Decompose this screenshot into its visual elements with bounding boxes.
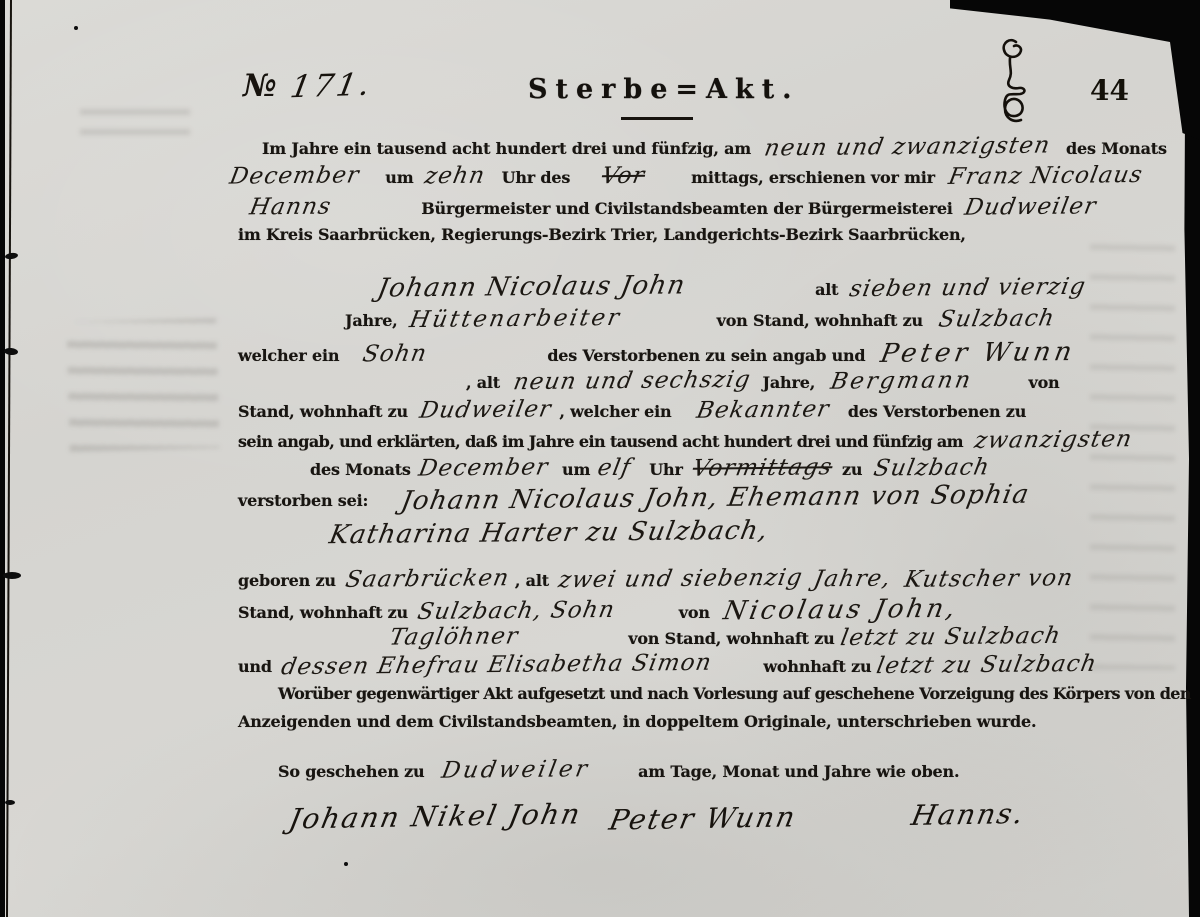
handwritten-official-lastname: Hanns [248,194,334,221]
printed-uhr-des: Uhr des [502,168,571,187]
handwritten-month: December [227,162,361,189]
form-line: Hanns Bürgermeister und Civilstandsbeamt… [250,194,1096,220]
printed-des-monats: des Monats [1066,139,1167,158]
handwritten-declarant1-relation: Sohn [361,341,430,368]
form-line: December um zehn Uhr des Vor mittags, er… [230,163,1143,189]
handwritten-death-hour: elf [596,455,634,481]
printed-stand-wohnhaft: Stand, wohnhaft zu [238,402,408,421]
handwritten-father-occupation: Taglöhner [387,623,520,650]
printed-von-stand2: von Stand, wohnhaft zu [628,629,834,648]
bleedthrough-smudge-left-upper [80,95,190,135]
handwritten-declarant2-occupation: Bergmann [829,367,975,394]
form-line: Katharina Harter zu Sulzbach, [330,518,768,548]
form-line: Worüber gegenwärtiger Akt aufgesetzt und… [278,684,1191,703]
handwritten-deceased-residence: Sulzbach, Sohn [415,597,617,625]
printed-wohnhaft-zu: wohnhaft zu [763,657,871,676]
handwritten-death-place: Sulzbach [872,454,993,481]
form-line: So geschehen zu Dudweiler am Tage, Monat… [278,757,959,783]
form-line: , alt neun und sechszig Jahre, Bergmann … [466,368,1059,394]
printed-von: von [1028,373,1059,392]
printed-uhr: Uhr [649,460,682,479]
handwritten-deceased-line2: Katharina Harter zu Sulzbach, [327,516,771,551]
printed-von-stand: von Stand, wohnhaft zu [717,311,923,330]
printed-buergermeister: Bürgermeister und Civilstandsbeamten der… [421,199,952,218]
form-line: Taglöhner von Stand, wohnhaft zu letzt z… [390,624,1060,650]
handwritten-hour: zehn [423,163,488,190]
printed-comma-alt: , alt [466,373,500,392]
printed-worueber-line1: Worüber gegenwärtiger Akt aufgesetzt und… [278,684,1191,703]
handwritten-declarant1-name: Johann Nicolaus John [375,270,688,303]
ink-dot [74,26,78,30]
gutter-line [6,0,12,917]
form-line: welcher ein Sohn des Verstorbenen zu sei… [238,338,1076,368]
handwritten-deceased-line1: Johann Nicolaus John, Ehemann von Sophia [399,480,1032,517]
printed-des-monats2: des Monats [310,460,411,479]
form-line: geboren zu Saarbrücken , alt zwei und si… [238,566,1073,592]
handwritten-closing-place: Dudweiler [440,756,593,784]
handwritten-deceased-occupation: Kutscher von [903,565,1076,593]
printed-jahre: Jahre, [345,311,398,330]
form-line: und dessen Ehefrau Elisabetha Simon wohn… [238,652,1097,678]
signature-declarant1: Johann Nikel John [286,797,584,835]
document-title-block: Sterbe=Akt. [528,74,800,105]
signature-declarant2: Peter Wunn [606,800,799,836]
form-line: Anzeigenden und dem Civilstandsbeamten, … [238,712,1036,731]
printed-am-tage: am Tage, Monat und Jahre wie oben. [638,762,959,781]
handwritten-death-day: zwanzigsten [972,426,1134,454]
handwritten-declarant2-name: Peter Wunn [878,337,1078,369]
form-line: im Kreis Saarbrücken, Regierungs-Bezirk … [238,225,966,244]
form-line: Im Jahre ein tausend acht hundert drei u… [262,134,1167,160]
form-line: verstorben sei: Johann Nicolaus John, Eh… [238,483,1029,513]
handwritten-father-residence: letzt zu Sulzbach [838,623,1063,651]
handwritten-declarant2-residence: Dudweiler [417,396,553,423]
printed-alt2: , alt [515,571,549,590]
signature-official: Hanns. [909,797,1028,832]
printed-zu: zu [842,460,862,479]
printed-und: und [238,657,272,676]
handwritten-declarant1-residence: Sulzbach [936,305,1057,332]
ink-flourish [978,36,1042,138]
handwritten-declarant2-age: neun und sechszig [511,367,753,395]
gutter-ink-blob [5,252,19,260]
handwritten-vormittags-struck: Vormittags [690,454,834,481]
printed-mittags: mittags, erschienen vor mir [691,168,935,187]
form-line: Jahre, Hüttenarbeiter von Stand, wohnhaf… [345,306,1055,332]
handwritten-official-firstname: Franz Nicolaus [946,162,1145,190]
gutter-ink-blob [3,572,21,579]
handwritten-declarant2-relation: Bekannter [695,396,832,423]
handwritten-day: neun und zwanzigsten [762,133,1052,162]
left-binding-edge [0,0,5,917]
printed-geboren-zu: geboren zu [238,571,336,590]
handwritten-declarant1-occupation: Hüttenarbeiter [407,305,623,333]
handwritten-declarant1-age: sieben und vierzig [848,274,1089,302]
title-underline [621,117,693,120]
handwritten-mother-residence: letzt zu Sulzbach [875,651,1100,679]
form-line: sein angab, und erklärten, daß im Jahre … [238,427,1132,453]
printed-um2: um [562,460,590,479]
act-number-block: №171. [243,68,372,104]
printed-alt: alt [815,280,838,299]
page-number: 44 [1090,74,1129,107]
printed-erklaerten: sein angab, und erklärten, daß im Jahre … [238,432,963,451]
gutter-ink-blob [4,347,19,355]
form-line: des Monats December um elf Uhr Vormittag… [310,455,990,481]
handwritten-vor-struck: Vor [600,163,648,189]
printed-so-geschehen: So geschehen zu [278,762,424,781]
printed-welcher-ein: welcher ein [238,346,339,365]
printed-verstorben-sei: verstorben sei: [238,491,368,510]
handwritten-death-month: December [416,454,550,481]
page-title: Sterbe=Akt. [528,74,800,105]
printed-opening: Im Jahre ein tausend acht hundert drei u… [262,139,751,158]
printed-des-verstorbenen: des Verstorbenen zu sein angab und [547,346,865,365]
printed-stand-wohnhaft2: Stand, wohnhaft zu [238,603,408,622]
printed-jahre2: Jahre, [763,373,816,392]
handwritten-deceased-age: zwei und siebenzig [556,565,805,594]
printed-um: um [385,168,413,187]
form-line: Stand, wohnhaft zu Dudweiler , welcher e… [238,397,1026,423]
document-page: №171. Sterbe=Akt. 44 Im Jahre ein tausen… [0,0,1200,917]
form-line: Johann Nicolaus John alt sieben und vier… [378,272,1086,302]
handwritten-father-name: Nicolaus John, [721,594,960,626]
handwritten-jahre: Jahre, [812,566,894,593]
numero-sign: № [243,68,277,104]
handwritten-birthplace: Saarbrücken [343,565,511,593]
handwritten-mother-name: dessen Ehefrau Elisabetha Simon [279,650,714,680]
printed-welcher-ein2: , welcher ein [559,402,671,421]
printed-worueber-line2: Anzeigenden und dem Civilstandsbeamten, … [238,712,1036,731]
act-number: 171. [287,67,375,106]
ink-dot [344,862,348,866]
printed-des-verstorbenen2: des Verstorbenen zu [848,402,1026,421]
printed-kreis: im Kreis Saarbrücken, Regierungs-Bezirk … [238,225,966,244]
gutter-ink-blob [5,800,15,805]
form-line: Stand, wohnhaft zu Sulzbach, Sohn von Ni… [238,595,957,625]
bleedthrough-smudge-left [66,318,219,452]
printed-von2: von [679,603,710,622]
handwritten-municipality: Dudweiler [962,193,1098,220]
